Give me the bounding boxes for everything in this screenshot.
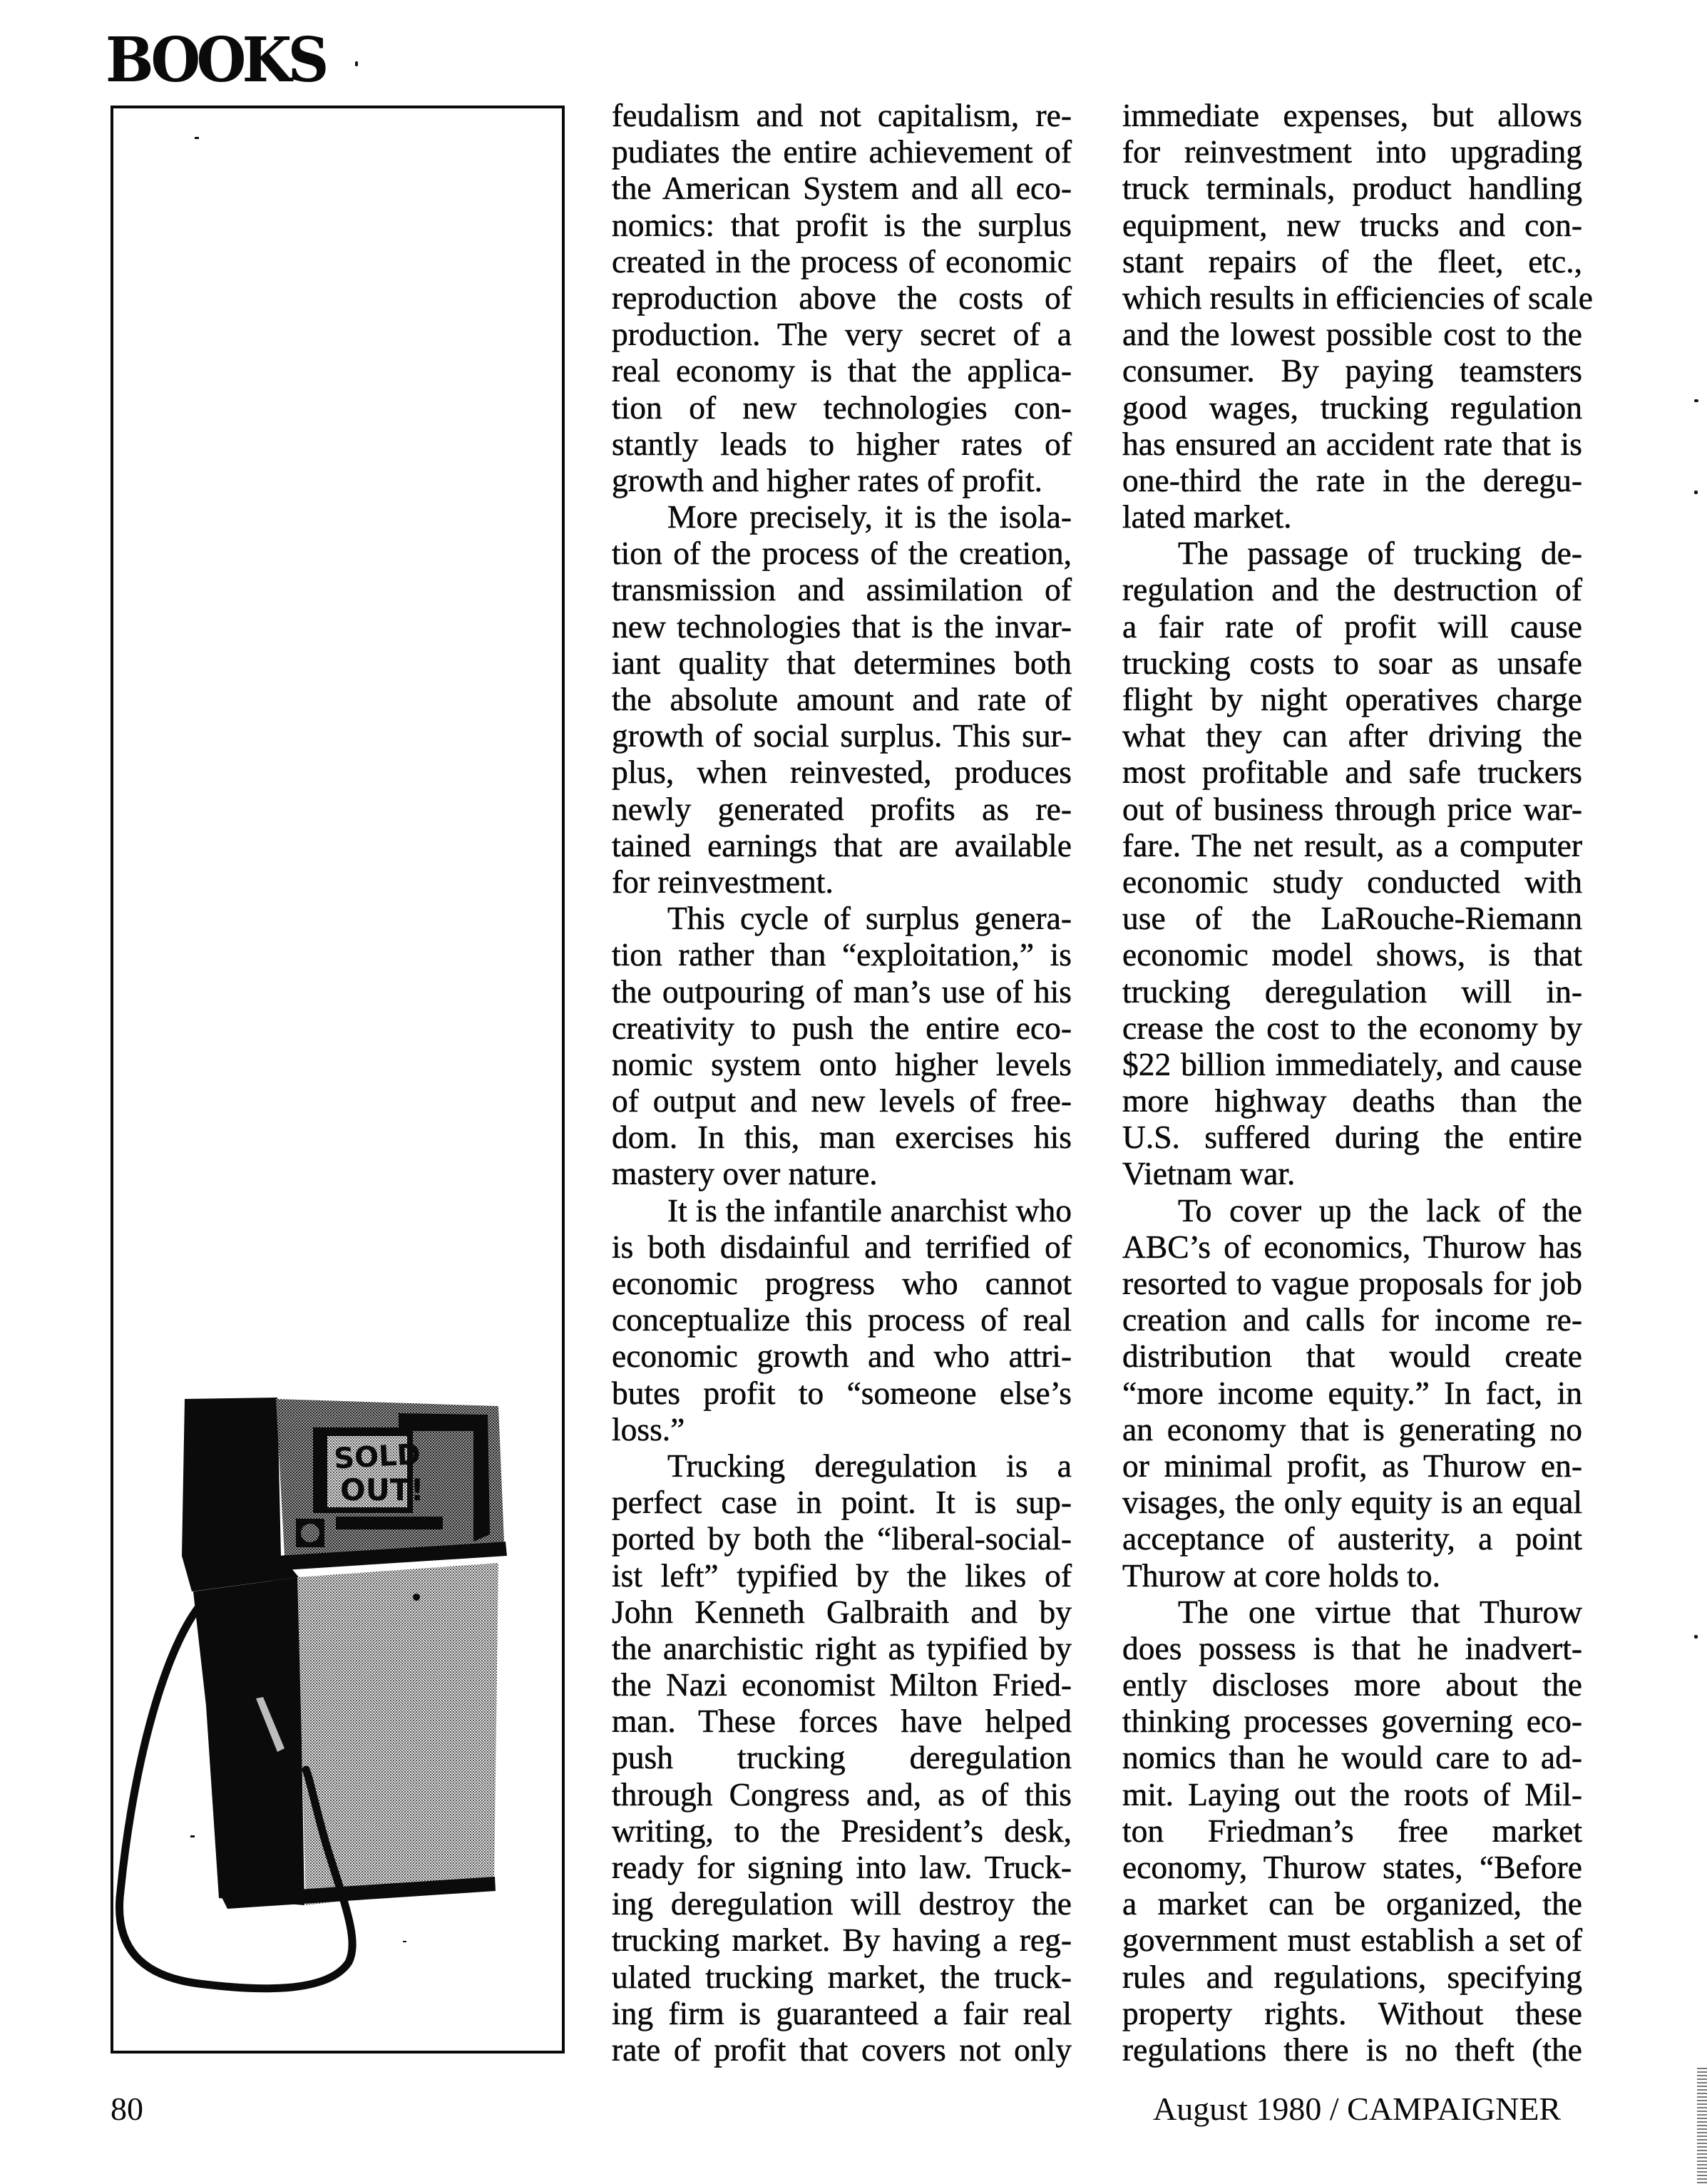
text-line: and the lowest possible cost to the bbox=[1122, 316, 1582, 352]
text-line: or minimal profit, as Thurow en- bbox=[1122, 1447, 1582, 1484]
paragraph-start-line: To cover up the lack of the bbox=[1122, 1192, 1582, 1229]
text-line: butes profit to “someone else’s bbox=[612, 1375, 1072, 1411]
text-line: the outpouring of man’s use of his bbox=[612, 973, 1072, 1010]
text-line: plus, when reinvested, produces bbox=[612, 754, 1072, 790]
text-line: economy, Thurow states, “Before bbox=[1122, 1849, 1582, 1885]
text-line: trucking deregulation will in- bbox=[1122, 973, 1582, 1010]
text-line: economic model shows, is that bbox=[1122, 936, 1582, 973]
text-line: good wages, trucking regulation bbox=[1122, 389, 1582, 426]
print-speck bbox=[1694, 399, 1698, 402]
text-line: the American System and all eco- bbox=[612, 170, 1072, 206]
paragraph-start-line: The passage of trucking de- bbox=[1122, 535, 1582, 571]
text-line: thinking processes governing eco- bbox=[1122, 1703, 1582, 1739]
text-line: economic growth and who attri- bbox=[612, 1338, 1072, 1374]
text-line: Vietnam war. bbox=[1122, 1155, 1582, 1191]
text-line: out of business through price war- bbox=[1122, 791, 1582, 827]
page-number: 80 bbox=[111, 2093, 143, 2126]
text-line: through Congress and, as of this bbox=[612, 1776, 1072, 1813]
text-line: production. The very secret of a bbox=[612, 316, 1072, 352]
text-line: immediate expenses, but allows bbox=[1122, 97, 1582, 133]
text-line: conceptualize this process of real bbox=[612, 1301, 1072, 1338]
text-line: economic progress who cannot bbox=[612, 1265, 1072, 1301]
sign-out: OUT! bbox=[340, 1472, 424, 1507]
text-line: ist left” typified by the likes of bbox=[612, 1557, 1072, 1594]
text-line: mastery over nature. bbox=[612, 1155, 1072, 1191]
text-line: dom. In this, man exercises his bbox=[612, 1119, 1072, 1155]
text-line: tion rather than “exploitation,” is bbox=[612, 936, 1072, 973]
text-line: $22 billion immediately, and cause bbox=[1122, 1046, 1582, 1082]
print-speck bbox=[1694, 1635, 1698, 1639]
paragraph-start-line: Trucking deregulation is a bbox=[612, 1447, 1072, 1484]
text-line: which results in efficiencies of scale bbox=[1122, 280, 1582, 316]
text-line: writing, to the President’s desk, bbox=[612, 1813, 1072, 1849]
text-line: nomics than he would care to ad- bbox=[1122, 1739, 1582, 1775]
text-line: trucking costs to soar as unsafe bbox=[1122, 645, 1582, 681]
text-line: ABC’s of economics, Thurow has bbox=[1122, 1229, 1582, 1265]
text-line: tion of new technologies con- bbox=[612, 389, 1072, 426]
text-line: ing firm is guaranteed a fair real bbox=[612, 1995, 1072, 2031]
text-line: nomics: that profit is the surplus bbox=[612, 207, 1072, 243]
text-line: nomic system onto higher levels bbox=[612, 1046, 1072, 1082]
text-line: growth and higher rates of profit. bbox=[612, 462, 1072, 498]
text-line: ported by both the “liberal-social- bbox=[612, 1520, 1072, 1557]
text-line: regulations there is no theft (the bbox=[1122, 2031, 1582, 2068]
text-line: lated market. bbox=[1122, 498, 1582, 535]
text-line: resorted to vague proposals for job bbox=[1122, 1265, 1582, 1301]
text-line: consumer. By paying teamsters bbox=[1122, 352, 1582, 389]
text-line: economic study conducted with bbox=[1122, 863, 1582, 900]
text-line: fare. The net result, as a computer bbox=[1122, 827, 1582, 863]
text-line: real economy is that the applica- bbox=[612, 352, 1072, 389]
text-line: ton Friedman’s free market bbox=[1122, 1813, 1582, 1849]
text-line: feudalism and not capitalism, re- bbox=[612, 97, 1072, 133]
text-line: pudiates the entire achievement of bbox=[612, 133, 1072, 170]
text-line: tion of the process of the creation, bbox=[612, 535, 1072, 571]
text-line: the anarchistic right as typified by bbox=[612, 1630, 1072, 1666]
text-line: use of the LaRouche-Riemann bbox=[1122, 900, 1582, 936]
text-line: government must establish a set of bbox=[1122, 1922, 1582, 1958]
text-line: perfect case in point. It is sup- bbox=[612, 1484, 1072, 1520]
text-line: man. These forces have helped bbox=[612, 1703, 1072, 1739]
paragraph-start-line: This cycle of surplus genera- bbox=[612, 900, 1072, 936]
text-line: growth of social surplus. This sur- bbox=[612, 717, 1072, 754]
text-line: visages, the only equity is an equal bbox=[1122, 1484, 1582, 1520]
paragraph-start-line: It is the infantile anarchist who bbox=[612, 1192, 1072, 1229]
text-line: does possess is that he inadvert- bbox=[1122, 1630, 1582, 1666]
text-line: mit. Laying out the roots of Mil- bbox=[1122, 1776, 1582, 1813]
text-line: more highway deaths than the bbox=[1122, 1082, 1582, 1119]
paragraph-start-line: More precisely, it is the isola- bbox=[612, 498, 1072, 535]
text-line: ently discloses more about the bbox=[1122, 1666, 1582, 1703]
text-line: trucking market. By having a reg- bbox=[612, 1922, 1072, 1958]
text-line: the Nazi economist Milton Fried- bbox=[612, 1666, 1072, 1703]
text-line: push trucking deregulation bbox=[612, 1739, 1072, 1775]
print-speck bbox=[355, 61, 358, 66]
text-line: a fair rate of profit will cause bbox=[1122, 608, 1582, 645]
text-line: stantly leads to higher rates of bbox=[612, 426, 1072, 462]
text-line: U.S. suffered during the entire bbox=[1122, 1119, 1582, 1155]
text-line: is both disdainful and terrified of bbox=[612, 1229, 1072, 1265]
text-line: ready for signing into law. Truck- bbox=[612, 1849, 1072, 1885]
text-line: rules and regulations, specifying bbox=[1122, 1959, 1582, 1995]
text-line: distribution that would create bbox=[1122, 1338, 1582, 1374]
article-column-3: immediate expenses, but allows for reinv… bbox=[1122, 97, 1582, 2068]
gas-pump-photo: SOLD OUT! bbox=[113, 108, 562, 2051]
section-header-books: BOOKS bbox=[106, 30, 325, 91]
text-line: for reinvestment into upgrading bbox=[1122, 133, 1582, 170]
photo-frame: SOLD OUT! bbox=[111, 106, 565, 2054]
text-line: creativity to push the entire eco- bbox=[612, 1010, 1072, 1046]
text-line: truck terminals, product handling bbox=[1122, 170, 1582, 206]
issue-footer: August 1980 / CAMPAIGNER bbox=[1153, 2093, 1561, 2126]
print-speck bbox=[1694, 491, 1698, 494]
text-line: has ensured an accident rate that is bbox=[1122, 426, 1582, 462]
text-line: property rights. Without these bbox=[1122, 1995, 1582, 2031]
text-line: ing deregulation will destroy the bbox=[612, 1885, 1072, 1922]
text-line: tained earnings that are available bbox=[612, 827, 1072, 863]
text-line: “more income equity.” In fact, in bbox=[1122, 1375, 1582, 1411]
text-line: transmission and assimilation of bbox=[612, 571, 1072, 607]
text-line: created in the process of economic bbox=[612, 243, 1072, 280]
text-line: of output and new levels of free- bbox=[612, 1082, 1072, 1119]
paragraph-start-line: The one virtue that Thurow bbox=[1122, 1594, 1582, 1630]
text-line: crease the cost to the economy by bbox=[1122, 1010, 1582, 1046]
text-line: John Kenneth Galbraith and by bbox=[612, 1594, 1072, 1630]
text-line: for reinvestment. bbox=[612, 863, 1072, 900]
text-line: regulation and the destruction of bbox=[1122, 571, 1582, 607]
text-line: an economy that is generating no bbox=[1122, 1411, 1582, 1447]
text-line: a market can be organized, the bbox=[1122, 1885, 1582, 1922]
text-line: Thurow at core holds to. bbox=[1122, 1557, 1582, 1594]
text-line: what they can after driving the bbox=[1122, 717, 1582, 754]
text-line: rate of profit that covers not only bbox=[612, 2031, 1072, 2068]
scan-edge-artifact bbox=[1697, 2068, 1707, 2184]
text-line: equipment, new trucks and con- bbox=[1122, 207, 1582, 243]
text-line: acceptance of austerity, a point bbox=[1122, 1520, 1582, 1557]
text-line: the absolute amount and rate of bbox=[612, 681, 1072, 717]
text-line: one-third the rate in the deregu- bbox=[1122, 462, 1582, 498]
text-line: most profitable and safe truckers bbox=[1122, 754, 1582, 790]
text-line: reproduction above the costs of bbox=[612, 280, 1072, 316]
text-line: ulated trucking market, the truck- bbox=[612, 1959, 1072, 1995]
text-line: flight by night operatives charge bbox=[1122, 681, 1582, 717]
sign-sold: SOLD bbox=[333, 1438, 421, 1475]
text-line: creation and calls for income re- bbox=[1122, 1301, 1582, 1338]
text-line: loss.” bbox=[612, 1411, 1072, 1447]
text-line: newly generated profits as re- bbox=[612, 791, 1072, 827]
text-line: stant repairs of the fleet, etc., bbox=[1122, 243, 1582, 280]
text-line: new technologies that is the invar- bbox=[612, 608, 1072, 645]
text-line: iant quality that determines both bbox=[612, 645, 1072, 681]
article-column-2: feudalism and not capitalism, re- pudiat… bbox=[612, 97, 1072, 2068]
